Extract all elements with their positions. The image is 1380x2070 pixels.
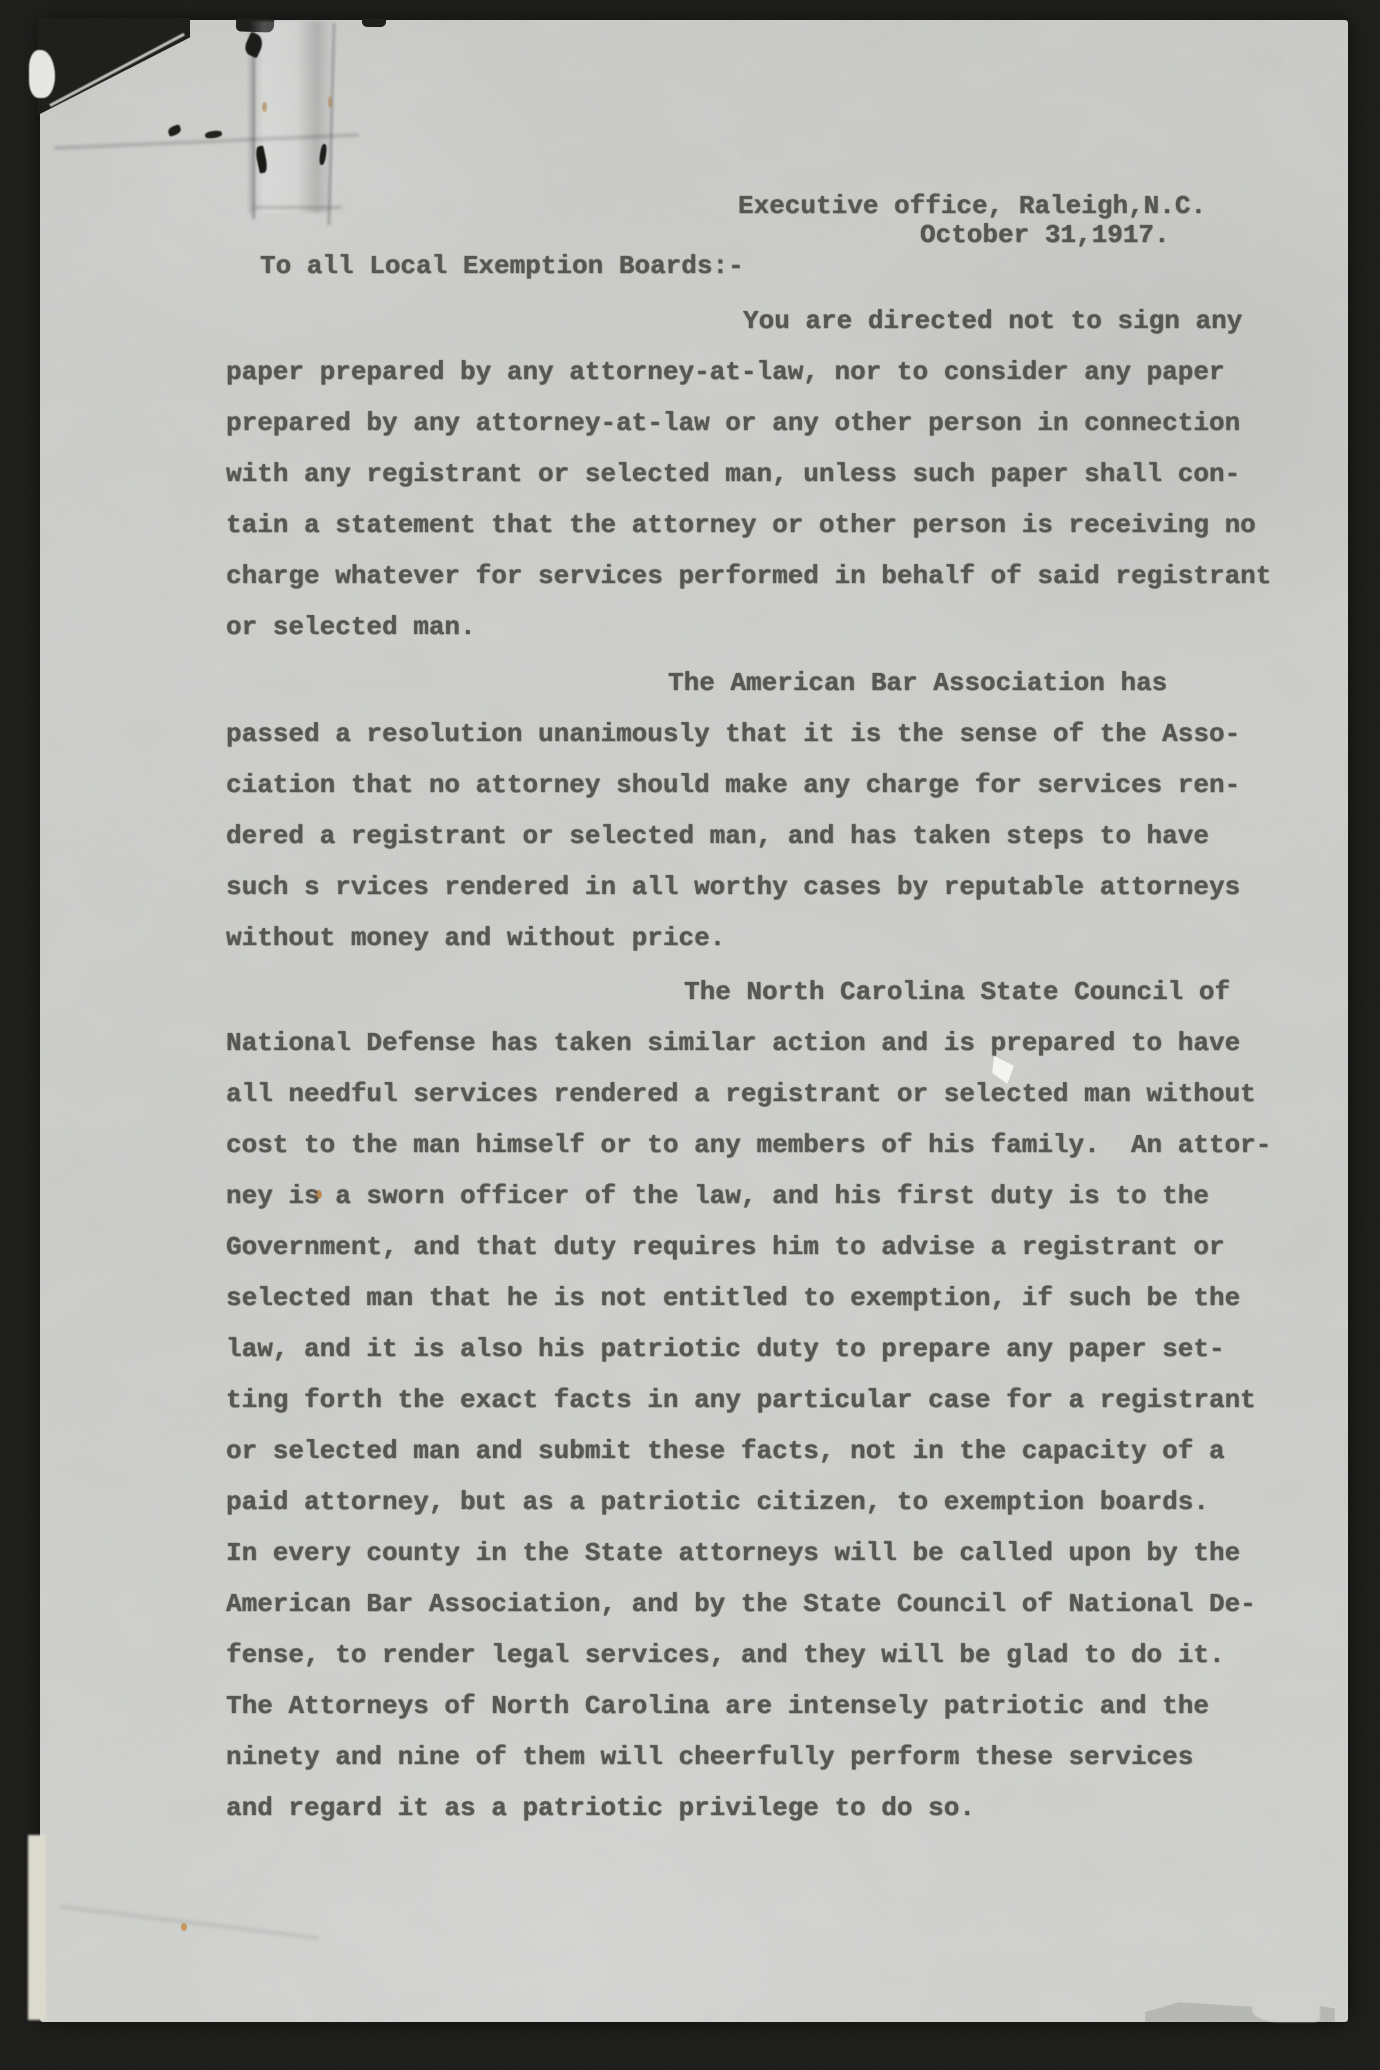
text-line: and regard it as a patriotic privilege t… <box>226 1783 1326 1834</box>
text-line: such s rvices rendered in all worthy cas… <box>226 862 1326 913</box>
text-line: passed a resolution unanimously that it … <box>226 709 1326 760</box>
text-line: ninety and nine of them will cheerfully … <box>226 1732 1326 1783</box>
text-line: fense, to render legal services, and the… <box>226 1630 1326 1681</box>
edge-chip <box>29 50 55 98</box>
text-line: In every county in the State attorneys w… <box>226 1528 1326 1579</box>
salutation-line: To all Local Exemption Boards:- <box>260 253 744 279</box>
text-line: ting forth the exact facts in any partic… <box>226 1375 1326 1426</box>
paragraph-1: You are directed not to sign anypaper pr… <box>226 296 1326 653</box>
text-line: National Defense has taken similar actio… <box>226 1018 1326 1069</box>
header-date-line: October 31,1917. <box>920 222 1170 248</box>
scanned-document: Executive office, Raleigh,N.C. October 3… <box>0 0 1380 2070</box>
text-line: prepared by any attorney-at-law or any o… <box>226 398 1326 449</box>
text-line: The Attorneys of North Carolina are inte… <box>226 1681 1326 1732</box>
tear-mark <box>205 130 223 139</box>
text-line: You are directed not to sign any <box>743 296 1326 347</box>
text-line: all needful services rendered a registra… <box>226 1069 1326 1120</box>
text-line: or selected man. <box>226 602 1326 653</box>
text-line: or selected man and submit these facts, … <box>226 1426 1326 1477</box>
text-line: Government, and that duty requires him t… <box>226 1222 1326 1273</box>
crease-line <box>60 1905 318 1940</box>
bottom-fold <box>1252 1992 1320 2022</box>
text-line: law, and it is also his patriotic duty t… <box>226 1324 1326 1375</box>
text-line: paper prepared by any attorney-at-law, n… <box>226 347 1326 398</box>
text-line: cost to the man himself or to any member… <box>226 1120 1326 1171</box>
text-line: tain a statement that the attorney or ot… <box>226 500 1326 551</box>
crease-line <box>254 206 342 209</box>
paragraph-3: The North Carolina State Council ofNatio… <box>226 967 1326 1834</box>
text-line: with any registrant or selected man, unl… <box>226 449 1326 500</box>
text-line: dered a registrant or selected man, and … <box>226 811 1326 862</box>
text-line: The North Carolina State Council of <box>684 967 1326 1018</box>
stain-speck <box>181 1923 187 1931</box>
text-line: American Bar Association, and by the Sta… <box>226 1579 1326 1630</box>
text-line: paid attorney, but as a patriotic citize… <box>226 1477 1326 1528</box>
paragraph-2: The American Bar Association haspassed a… <box>226 658 1326 964</box>
top-edge-notch <box>362 19 386 27</box>
header-office-line: Executive office, Raleigh,N.C. <box>738 193 1206 219</box>
tape-residue <box>248 21 336 213</box>
edge-highlight <box>28 1835 46 2020</box>
document-page: Executive office, Raleigh,N.C. October 3… <box>40 20 1348 2022</box>
tear-mark <box>167 124 182 137</box>
text-line: ciation that no attorney should make any… <box>226 760 1326 811</box>
text-line: selected man that he is not entitled to … <box>226 1273 1326 1324</box>
stain-speck <box>262 102 267 112</box>
text-line: charge whatever for services performed i… <box>226 551 1326 602</box>
stain-speck <box>328 96 332 108</box>
text-line: The American Bar Association has <box>668 658 1326 709</box>
text-line: ney is a sworn officer of the law, and h… <box>226 1171 1326 1222</box>
text-line: without money and without price. <box>226 913 1326 964</box>
